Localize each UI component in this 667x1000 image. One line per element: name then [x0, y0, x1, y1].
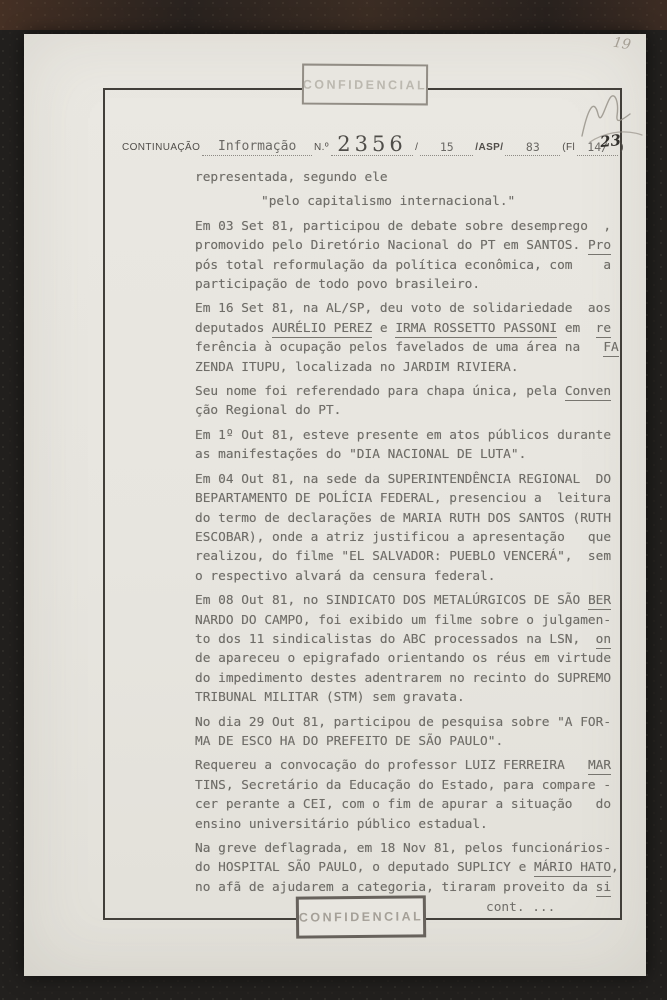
- number-label: N.º: [314, 142, 329, 153]
- text-line: participação de todo povo brasileiro.: [195, 275, 621, 294]
- text-line: "pelo capitalismo internacional.": [261, 192, 621, 211]
- text-line: Em 1º Out 81, esteve presente em atos pú…: [195, 426, 621, 445]
- paragraph: Em 08 Out 81, no SINDICATO DOS METALÚRGI…: [195, 591, 621, 707]
- continuation-footer-label: cont. ...: [486, 900, 555, 915]
- text-line: do HOSPITAL SÃO PAULO, o deputado SUPLIC…: [195, 858, 621, 877]
- document-page: CONFIDENCIAL 19 CONTINUAÇÃO Informação N…: [24, 34, 646, 976]
- paragraph: Em 04 Out 81, na sede da SUPERINTENDÊNCI…: [195, 470, 621, 586]
- confidential-stamp-top-label: CONFIDENCIAL: [303, 77, 428, 92]
- text-line: no afã de ajudarem a categoria, tiraram …: [195, 878, 621, 897]
- paragraph: Seu nome foi referendado para chapa únic…: [195, 382, 621, 421]
- text-line: No dia 29 Out 81, participou de pesquisa…: [195, 713, 621, 732]
- paragraph: Na greve deflagrada, em 18 Nov 81, pelos…: [195, 839, 621, 897]
- text-line: Em 03 Set 81, participou de debate sobre…: [195, 217, 621, 236]
- text-line: to dos 11 sindicalistas do ABC processad…: [195, 630, 621, 649]
- text-line: ferência à ocupação pelos favelados de u…: [195, 338, 621, 357]
- confidential-stamp-bottom-label: CONFIDENCIAL: [299, 909, 424, 924]
- text-line: TINS, Secretário da Educação do Estado, …: [195, 776, 621, 795]
- paragraph: Requereu a convocação do professor LUIZ …: [195, 756, 621, 834]
- text-line: do termo de declarações de MARIA RUTH DO…: [195, 509, 621, 528]
- scanned-document-photo: CONFIDENCIAL 19 CONTINUAÇÃO Informação N…: [0, 0, 667, 1000]
- text-line: Seu nome foi referendado para chapa únic…: [195, 382, 621, 401]
- paragraph: Em 16 Set 81, na AL/SP, deu voto de soli…: [195, 299, 621, 377]
- text-line: Em 04 Out 81, na sede da SUPERINTENDÊNCI…: [195, 470, 621, 489]
- text-line: Em 16 Set 81, na AL/SP, deu voto de soli…: [195, 299, 621, 318]
- paragraph: Em 1º Out 81, esteve presente em atos pú…: [195, 426, 621, 465]
- document-number-stamp: 2356: [331, 134, 413, 156]
- folio-handwritten-value: 23: [600, 131, 623, 151]
- text-line: Na greve deflagrada, em 18 Nov 81, pelos…: [195, 839, 621, 858]
- doc-type-field: Informação: [202, 139, 312, 156]
- text-line: ensino universitário público estadual.: [195, 815, 621, 834]
- header-field-83: 83: [505, 140, 560, 156]
- text-line: ção Regional do PT.: [195, 401, 621, 420]
- asp-label: /ASP/: [475, 142, 503, 153]
- pencil-page-number: 19: [612, 35, 632, 54]
- text-line: promovido pelo Diretório Nacional do PT …: [195, 236, 621, 255]
- text-line: deputados AURÉLIO PEREZ e IRMA ROSSETTO …: [195, 319, 621, 338]
- folio-open-label: (Fl: [562, 142, 575, 153]
- text-line: o respectivo alvará da censura federal.: [195, 567, 621, 586]
- text-line: Em 08 Out 81, no SINDICATO DOS METALÚRGI…: [195, 591, 621, 610]
- text-line: ESCOBAR), onde a atriz justificou a apre…: [195, 528, 621, 547]
- text-line: as manifestações do "DIA NACIONAL DE LUT…: [195, 445, 621, 464]
- folio-field: 14/ 23: [577, 140, 618, 156]
- text-line: Requereu a convocação do professor LUIZ …: [195, 756, 621, 775]
- text-line: realizou, do filme "EL SALVADOR: PUEBLO …: [195, 547, 621, 566]
- background-top-tint: [0, 0, 667, 30]
- document-body-text: representada, segundo ele"pelo capitalis…: [195, 168, 621, 902]
- text-line: BEPARTAMENTO DE POLÍCIA FEDERAL, presenc…: [195, 489, 621, 508]
- paragraph: Em 03 Set 81, participou de debate sobre…: [195, 217, 621, 295]
- text-line: ZENDA ITUPU, localizada no JARDIM RIVIER…: [195, 358, 621, 377]
- header-field-15: 15: [420, 140, 473, 156]
- text-line: cer perante a CEI, com o fim de apurar a…: [195, 795, 621, 814]
- text-line: TRIBUNAL MILITAR (STM) sem gravata.: [195, 688, 621, 707]
- confidential-stamp-bottom: CONFIDENCIAL: [296, 895, 426, 938]
- paragraph: representada, segundo ele: [195, 168, 621, 187]
- header-slash: /: [415, 142, 418, 153]
- paragraph: No dia 29 Out 81, participou de pesquisa…: [195, 713, 621, 752]
- text-line: pós total reformulação da política econô…: [195, 256, 621, 275]
- paragraph: "pelo capitalismo internacional.": [195, 192, 621, 211]
- text-line: NARDO DO CAMPO, foi exibido um filme sob…: [195, 611, 621, 630]
- continuation-label: CONTINUAÇÃO: [122, 142, 200, 153]
- confidential-stamp-top: CONFIDENCIAL: [302, 64, 428, 106]
- text-line: MA DE ESCO HA DO PREFEITO DE SÃO PAULO".: [195, 732, 621, 751]
- text-line: representada, segundo ele: [195, 168, 621, 187]
- text-line: de apareceu o epigrafado orientando os r…: [195, 649, 621, 668]
- document-header: CONTINUAÇÃO Informação N.º 2356 / 15 /AS…: [120, 120, 626, 156]
- text-line: do impedimento destes adentrarem no reci…: [195, 669, 621, 688]
